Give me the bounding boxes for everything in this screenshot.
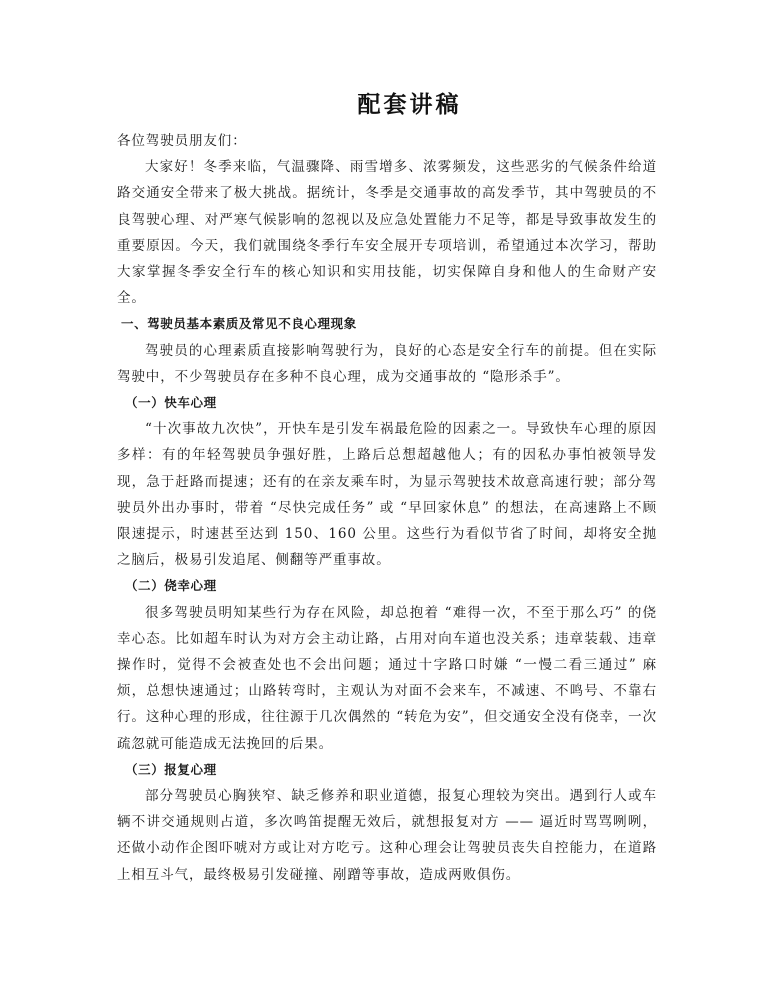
subsection-paragraph: 部分驾驶员心胸狭窄、缺乏修养和职业道德，报复心理较为突出。遇到行人或车辆不讲交通… <box>117 783 657 888</box>
subsection-paragraph: 很多驾驶员明知某些行为存在风险，却总抱着 “难得一次，不至于那么巧” 的侥幸心态… <box>117 600 657 757</box>
subsection-luck: （二）侥幸心理 很多驾驶员明知某些行为存在风险，却总抱着 “难得一次，不至于那么… <box>117 573 657 756</box>
subsection-heading: （二）侥幸心理 <box>117 573 657 599</box>
document-title: 配套讲稿 <box>162 88 657 122</box>
section-1: 一、驾驶员基本素质及常见不良心理现象 驾驶员的心理素质直接影响驾驶行为，良好的心… <box>117 311 657 887</box>
document-page: 配套讲稿 各位驾驶员朋友们： 大家好！冬季来临，气温骤降、雨雪增多、浓雾频发，这… <box>117 88 657 888</box>
subsection-speeding: （一）快车心理 “十次事故九次快”，开快车是引发车祸最危险的因素之一。导致快车心… <box>117 390 657 573</box>
section-1-paragraph: 驾驶员的心理素质直接影响驾驶行为，良好的心态是安全行车的前提。但在实际驾驶中，不… <box>117 338 657 390</box>
greeting-text: 各位驾驶员朋友们： <box>117 128 657 154</box>
section-1-heading: 一、驾驶员基本素质及常见不良心理现象 <box>117 311 657 337</box>
subsection-heading: （三）报复心理 <box>117 757 657 783</box>
subsection-paragraph: “十次事故九次快”，开快车是引发车祸最危险的因素之一。导致快车心理的原因多样：有… <box>117 416 657 573</box>
subsection-heading: （一）快车心理 <box>117 390 657 416</box>
subsection-revenge: （三）报复心理 部分驾驶员心胸狭窄、缺乏修养和职业道德，报复心理较为突出。遇到行… <box>117 757 657 888</box>
intro-paragraph: 大家好！冬季来临，气温骤降、雨雪增多、浓雾频发，这些恶劣的气候条件给道路交通安全… <box>117 154 657 311</box>
